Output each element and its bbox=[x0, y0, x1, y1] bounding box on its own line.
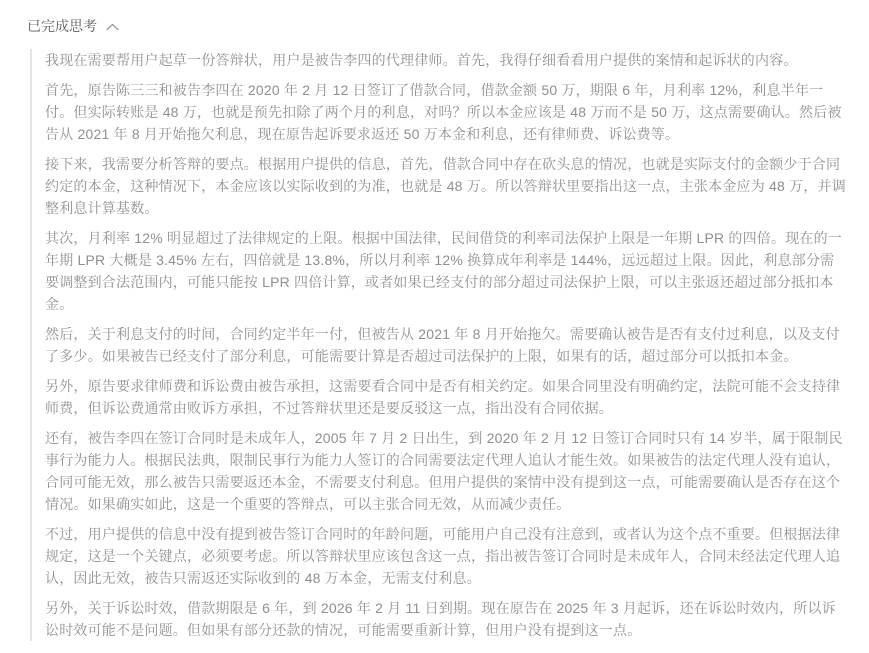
thinking-paragraph-4: 其次，月利率 12% 明显超过了法律规定的上限。根据中国法律，民间借贷的利率司法… bbox=[45, 227, 847, 315]
chevron-up-icon bbox=[106, 23, 119, 31]
thinking-paragraph-3: 接下来，我需要分析答辩的要点。根据用户提供的信息，首先，借款合同中存在砍头息的情… bbox=[45, 153, 847, 219]
thinking-paragraph-6: 另外，原告要求律师费和诉讼费由被告承担，这需要看合同中是否有相关约定。如果合同里… bbox=[45, 375, 847, 419]
thinking-paragraph-7: 还有，被告李四在签订合同时是未成年人，2005 年 7 月 2 日出生，到 20… bbox=[45, 427, 847, 515]
thinking-paragraph-8: 不过，用户提供的信息中没有提到被告签订合同时的年龄问题，可能用户自己没有注意到，… bbox=[45, 523, 847, 589]
thinking-header-label: 已完成思考 bbox=[27, 16, 97, 36]
thinking-paragraph-5: 然后，关于利息支付的时间，合同约定半年一付，但被告从 2021 年 8 月开始拖… bbox=[45, 323, 847, 367]
thinking-paragraph-9: 另外，关于诉讼时效，借款期限是 6 年，到 2026 年 2 月 11 日到期。… bbox=[45, 597, 847, 641]
thinking-paragraph-2: 首先，原告陈三三和被告李四在 2020 年 2 月 12 日签订了借款合同，借款… bbox=[45, 79, 847, 145]
thinking-toggle-button[interactable]: 已完成思考 bbox=[27, 16, 119, 36]
thinking-content-block: 我现在需要帮用户起草一份答辩状，用户是被告李四的代理律师。首先，我得仔细看看用户… bbox=[30, 49, 847, 641]
thinking-paragraph-1: 我现在需要帮用户起草一份答辩状，用户是被告李四的代理律师。首先，我得仔细看看用户… bbox=[45, 49, 847, 71]
